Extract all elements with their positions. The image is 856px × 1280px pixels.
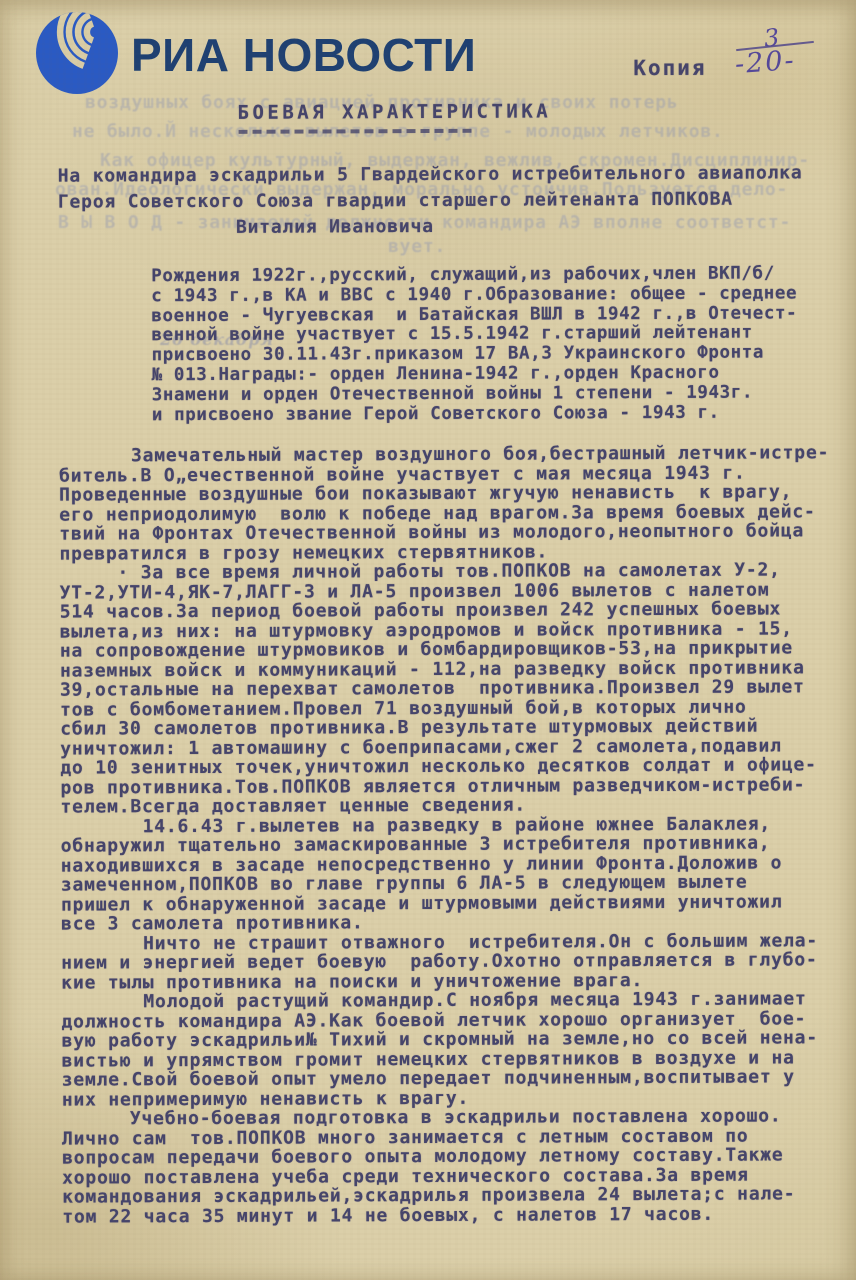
handwritten-page-number: -20- <box>734 45 797 80</box>
text-line: земле.Свой боевой опыт умело передает по… <box>62 1067 832 1090</box>
document-title: БОЕВАЯ ХАРАКТЕРИСТИКА <box>237 100 551 123</box>
document-page: воздушных боях с авиацией противника и с… <box>0 0 856 1280</box>
text-line: и присвоено звание Герой Советского Союз… <box>152 403 798 426</box>
text-line: нием и энергией ведет боевую работу.Охот… <box>61 950 831 973</box>
copy-label: Копия <box>633 56 706 80</box>
body-text: Замечательный мастер воздушного боя,бест… <box>59 443 833 1226</box>
text-line: Виталия Ивановича <box>58 212 803 241</box>
text-line: пришел к обнаруженной засаде и штурмовым… <box>61 892 831 915</box>
service-record-block: Рождения 1922г.,русский, служащий,из раб… <box>151 264 798 425</box>
document-heading: На командира эскадрильи 5 Гвардейского и… <box>58 160 803 241</box>
title-underline <box>239 129 477 134</box>
text-line: Героя Советского Союза гвардии старшего … <box>58 186 803 215</box>
text-line: На командира эскадрильи 5 Гвардейского и… <box>58 160 803 189</box>
typewritten-layer: Копия БОЕВАЯ ХАРАКТЕРИСТИКА На командира… <box>0 0 856 1280</box>
text-line: твий на Фронтах Отечественной войны из м… <box>59 521 829 544</box>
text-line: командования эскадрильей,эскадрилья прои… <box>62 1184 832 1207</box>
text-line: том 22 часа 35 минут и 14 не боевых, с н… <box>62 1204 832 1227</box>
